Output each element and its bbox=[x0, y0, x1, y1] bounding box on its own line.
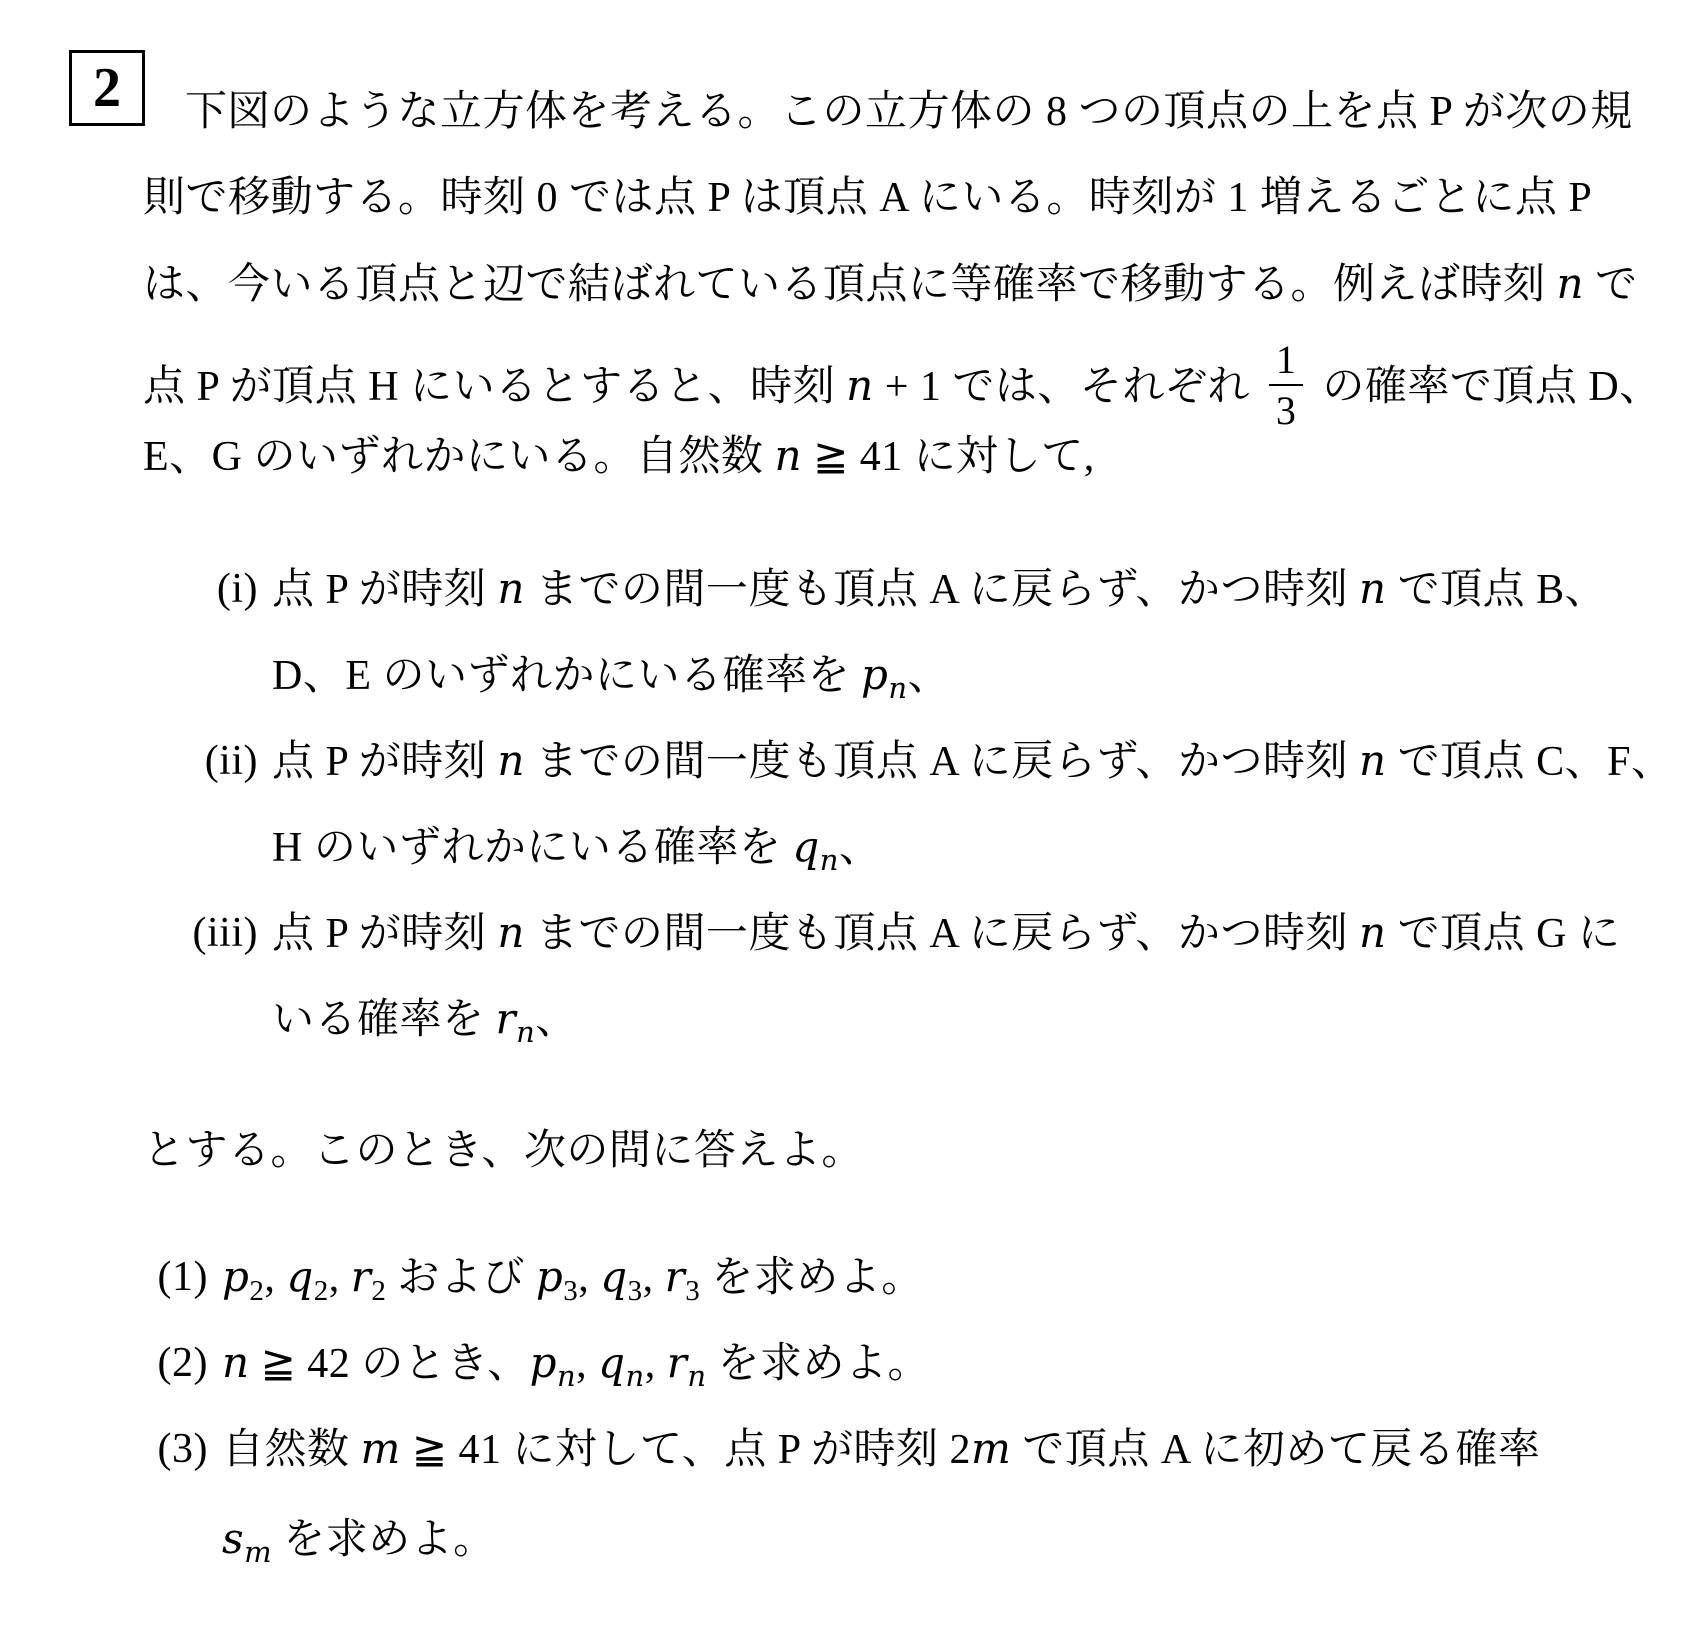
item-i-label: (i) bbox=[217, 562, 258, 616]
item-iii-line-2: いる確率を rn、 bbox=[272, 992, 578, 1059]
item-ii-label: (ii) bbox=[205, 734, 258, 788]
intro-line-1: 下図のような立方体を考える。この立方体の 8 つの頂点の上を点 P が次の規 bbox=[185, 85, 1633, 139]
problem-number: 2 bbox=[93, 56, 121, 120]
item-ii-line-2: H のいずれかにいる確率を qn、 bbox=[272, 820, 881, 887]
question-3-line-1: (3) 自然数 m ≧ 41 に対して、点 P が時刻 2m で頂点 A に初め… bbox=[222, 1422, 1540, 1477]
intro-line-2: 則で移動する。時刻 0 では点 P は頂点 A にいる。時刻が 1 増えるごとに… bbox=[143, 171, 1592, 225]
item-i-line-1: (i) 点 P が時刻 n までの間一度も頂点 A に戻らず、かつ時刻 n で頂… bbox=[272, 562, 1607, 617]
question-1-label: (1) bbox=[158, 1250, 208, 1304]
closing-line: とする。このとき、次の問に答えよ。 bbox=[143, 1124, 864, 1178]
question-1-line-1: (1) p2, q2, r2 および p3, q3, r3 を求めよ。 bbox=[222, 1250, 924, 1318]
question-2-line-1: (2) n ≧ 42 のとき、pn, qn, rn を求めよ。 bbox=[222, 1336, 930, 1403]
intro-line-3: は、今いる頂点と辺で結ばれている頂点に等確率で移動する。例えば時刻 n で bbox=[143, 257, 1638, 312]
item-i-line-2: D、E のいずれかにいる確率を pn、 bbox=[272, 648, 950, 715]
document-page: 2 下図のような立方体を考える。この立方体の 8 つの頂点の上を点 P が次の規… bbox=[0, 0, 1702, 1639]
problem-number-box: 2 bbox=[69, 50, 145, 126]
fraction: 13 bbox=[1269, 338, 1304, 432]
question-2-label: (2) bbox=[158, 1336, 208, 1390]
item-ii-line-1: (ii) 点 P が時刻 n までの間一度も頂点 A に戻らず、かつ時刻 n で… bbox=[272, 734, 1673, 789]
intro-line-5: E、G のいずれかにいる。自然数 n ≧ 41 に対して, bbox=[143, 429, 1095, 484]
item-iii-line-1: (iii) 点 P が時刻 n までの間一度も頂点 A に戻らず、かつ時刻 n … bbox=[272, 906, 1620, 961]
question-3-line-2: sm を求めよ。 bbox=[222, 1512, 496, 1579]
intro-line-4: 点 P が頂点 H にいるとすると、時刻 n + 1 では、それぞれ 13 の確… bbox=[143, 343, 1662, 437]
question-3-label: (3) bbox=[158, 1422, 208, 1476]
item-iii-label: (iii) bbox=[193, 906, 258, 960]
